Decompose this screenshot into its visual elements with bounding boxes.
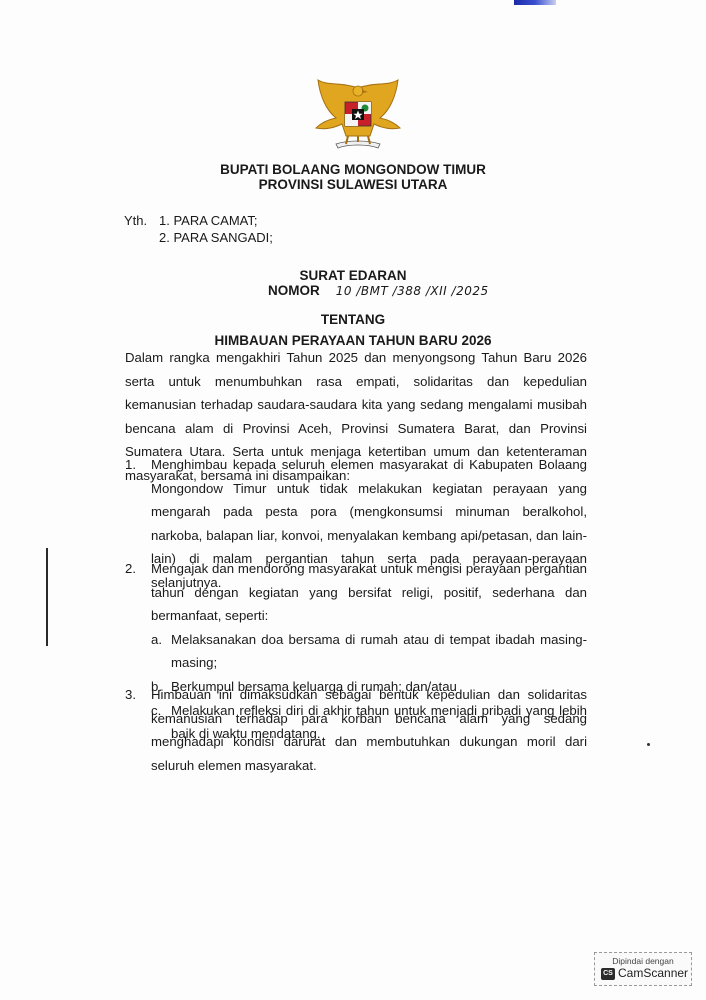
issuer-title: BUPATI BOLAANG MONGONDOW TIMUR [0, 162, 706, 177]
sub-item: a. Melaksanakan doa bersama di rumah ata… [151, 628, 587, 675]
scan-speck [647, 743, 650, 746]
tentang-heading: TENTANG [0, 312, 706, 327]
letter-number-row: NOMOR 10 /BMT /388 /XII /2025 [268, 283, 489, 298]
list-item-number: 3. [125, 683, 149, 707]
list-item-number: 1. [125, 453, 149, 477]
watermark-brand: CamScanner [618, 966, 688, 980]
letter-number-value: 10 /BMT /388 /XII /2025 [336, 284, 489, 298]
recipient-item: 2. PARA SANGADI; [159, 229, 273, 246]
recipients-list: 1. PARA CAMAT; 2. PARA SANGADI; [159, 212, 273, 246]
watermark-caption: Dipindai dengan [595, 956, 691, 966]
scan-edge-line [46, 548, 48, 646]
camscanner-watermark: Dipindai dengan CS CamScanner [594, 952, 692, 986]
list-item: 3. Himbauan ini dimaksudkan sebagai bent… [125, 683, 587, 777]
list-item-text: Himbauan ini dimaksudkan sebagai bentuk … [151, 683, 587, 777]
scan-edge-mark [514, 0, 556, 5]
letter-number-label: NOMOR [268, 283, 320, 298]
recipient-item: 1. PARA CAMAT; [159, 212, 273, 229]
issuer-province: PROVINSI SULAWESI UTARA [0, 177, 706, 192]
sub-item-text: Melaksanakan doa bersama di rumah atau d… [171, 632, 587, 671]
garuda-emblem-icon [312, 78, 404, 154]
recipients-label: Yth. [124, 212, 147, 229]
camscanner-logo-icon: CS [601, 968, 615, 980]
sub-item-letter: a. [151, 628, 162, 652]
list-item-text: Mengajak dan mendorong masyarakat untuk … [151, 557, 587, 628]
list-item-number: 2. [125, 557, 149, 581]
letter-type: SURAT EDARAN [0, 268, 706, 283]
